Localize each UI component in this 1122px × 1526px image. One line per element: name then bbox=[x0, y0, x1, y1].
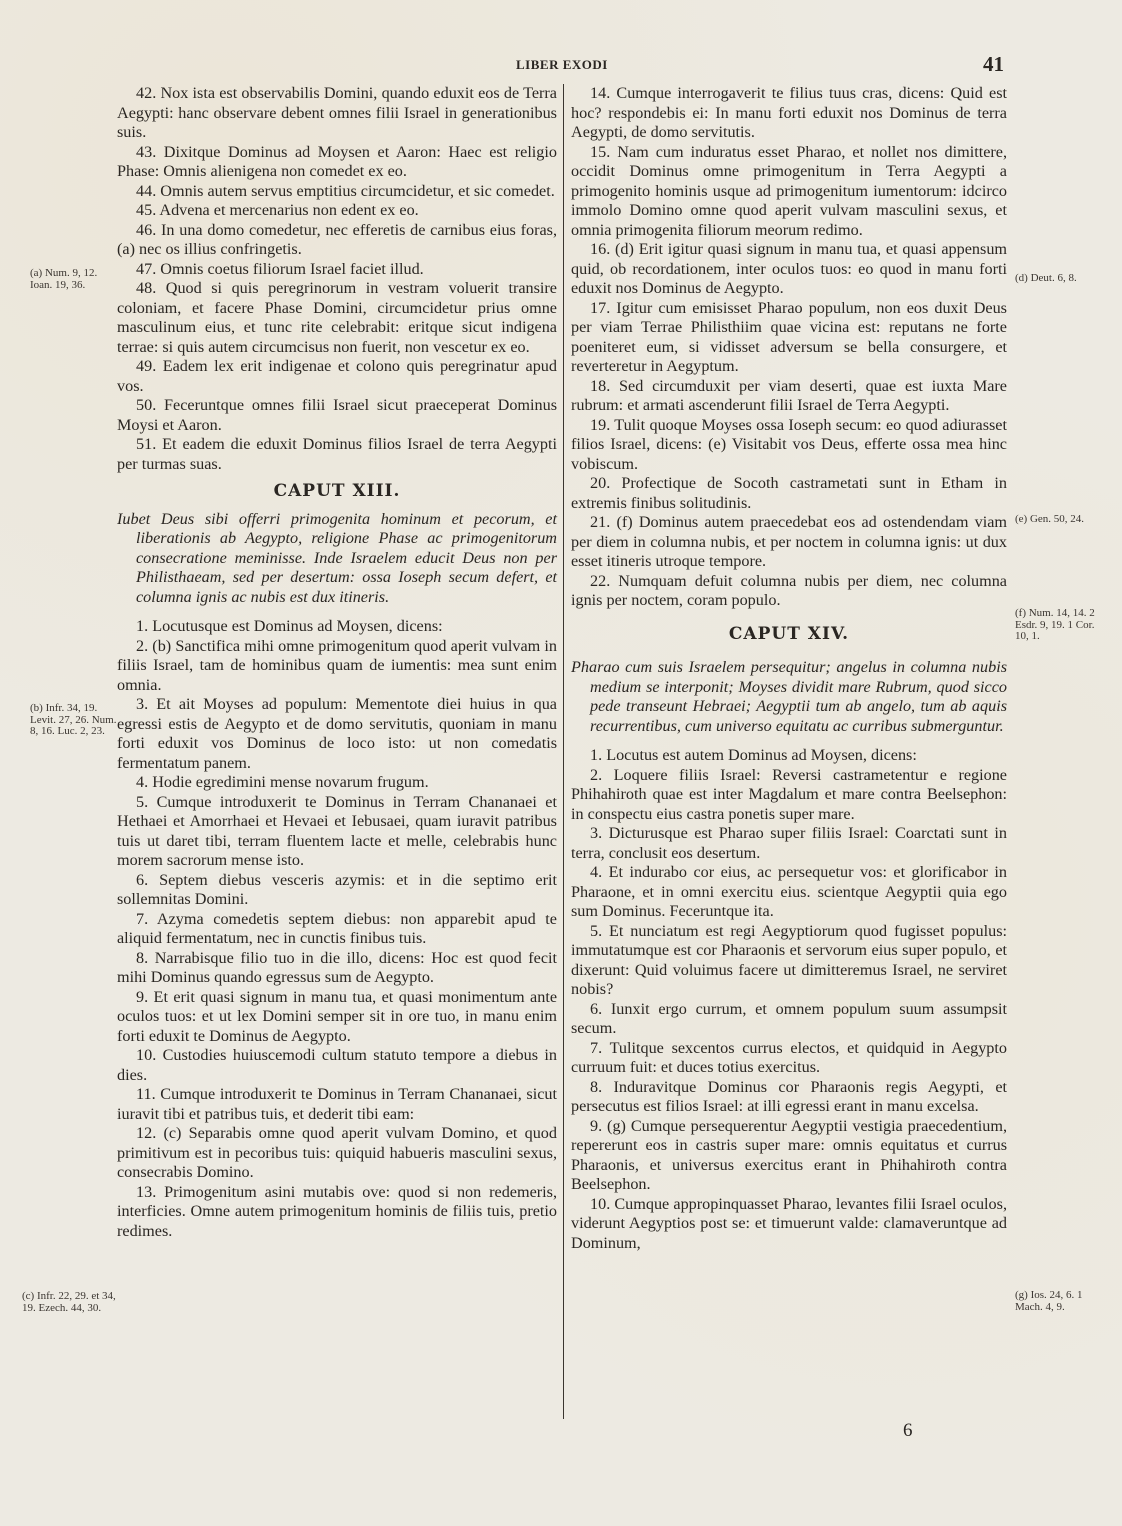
verse: 49. Eadem lex erit indigenae et colono q… bbox=[117, 357, 557, 396]
running-title: LIBER EXODI bbox=[516, 57, 608, 73]
verse: 47. Omnis coetus filiorum Israel faciet … bbox=[117, 260, 557, 280]
right-column: 14. Cumque interrogaverit te filius tuus… bbox=[571, 84, 1007, 1253]
verse: 9. Et erit quasi signum in manu tua, et … bbox=[117, 988, 557, 1047]
page-number: 41 bbox=[983, 52, 1004, 77]
verse: 2. Loquere filiis Israel: Reversi castra… bbox=[571, 766, 1007, 825]
verse: 46. In una domo comedetur, nec efferetis… bbox=[117, 221, 557, 260]
verse: 13. Primogenitum asini mutabis ove: quod… bbox=[117, 1183, 557, 1242]
verse: 4. Et indurabo cor eius, ac persequetur … bbox=[571, 863, 1007, 922]
verse: 43. Dixitque Dominus ad Moysen et Aaron:… bbox=[117, 143, 557, 182]
verse: 1. Locutusque est Dominus ad Moysen, dic… bbox=[117, 617, 557, 637]
verses-ch13-cont: 14. Cumque interrogaverit te filius tuus… bbox=[571, 84, 1007, 611]
verse: 5. Cumque introduxerit te Dominus in Ter… bbox=[117, 793, 557, 871]
verse: 48. Quod si quis peregrinorum in vestram… bbox=[117, 279, 557, 357]
verse: 21. (f) Dominus autem praecedebat eos ad… bbox=[571, 513, 1007, 572]
verse: 18. Sed circumduxit per viam deserti, qu… bbox=[571, 377, 1007, 416]
margin-note-e: (e) Gen. 50, 24. bbox=[1015, 514, 1095, 526]
verse: 3. Et ait Moyses ad populum: Mementote d… bbox=[117, 695, 557, 773]
verse: 16. (d) Erit igitur quasi signum in manu… bbox=[571, 240, 1007, 299]
verse: 10. Custodies huiuscemodi cultum statuto… bbox=[117, 1046, 557, 1085]
verse: 11. Cumque introduxerit te Dominus in Te… bbox=[117, 1085, 557, 1124]
verse: 7. Tulitque sexcentos currus electos, et… bbox=[571, 1039, 1007, 1078]
verse: 12. (c) Separabis omne quod aperit vulva… bbox=[117, 1124, 557, 1183]
verse: 14. Cumque interrogaverit te filius tuus… bbox=[571, 84, 1007, 143]
chapter-summary-13: Iubet Deus sibi offerri primogenita homi… bbox=[117, 510, 557, 608]
verse: 5. Et nunciatum est regi Aegyptiorum quo… bbox=[571, 922, 1007, 1000]
verses-ch13: 1. Locutusque est Dominus ad Moysen, dic… bbox=[117, 617, 557, 1241]
margin-note-g: (g) Ios. 24, 6. 1 Mach. 4, 9. bbox=[1015, 1290, 1110, 1313]
verse: 6. Iunxit ergo currum, et omnem populum … bbox=[571, 1000, 1007, 1039]
verse: 20. Profectique de Socoth castrametati s… bbox=[571, 474, 1007, 513]
verse: 9. (g) Cumque persequerentur Aegyptii ve… bbox=[571, 1117, 1007, 1195]
verse: 8. Narrabisque filio tuo in die illo, di… bbox=[117, 949, 557, 988]
chapter-title-14: CAPUT XIV. bbox=[571, 625, 1007, 645]
verse: 6. Septem diebus vesceris azymis: et in … bbox=[117, 871, 557, 910]
left-column: 42. Nox ista est observabilis Domini, qu… bbox=[117, 84, 557, 1241]
verse: 50. Feceruntque omnes filii Israel sicut… bbox=[117, 396, 557, 435]
verse: 45. Advena et mercenarius non edent ex e… bbox=[117, 201, 557, 221]
verse: 2. (b) Sanctifica mihi omne primogenitum… bbox=[117, 637, 557, 696]
verse: 51. Et eadem die eduxit Dominus filios I… bbox=[117, 435, 557, 474]
margin-note-d: (d) Deut. 6, 8. bbox=[1015, 273, 1095, 285]
page: LIBER EXODI 41 42. Nox ista est observab… bbox=[0, 0, 1122, 1526]
margin-note-a: (a) Num. 9, 12. Ioan. 19, 36. bbox=[30, 268, 118, 291]
verses-ch12-end: 42. Nox ista est observabilis Domini, qu… bbox=[117, 84, 557, 474]
verses-ch14: 1. Locutus est autem Dominus ad Moysen, … bbox=[571, 746, 1007, 1253]
verse: 22. Numquam defuit columna nubis per die… bbox=[571, 572, 1007, 611]
chapter-summary-14: Pharao cum suis Israelem persequitur; an… bbox=[571, 658, 1007, 736]
signature-mark: 6 bbox=[903, 1420, 913, 1442]
verse: 8. Induravitque Dominus cor Pharaonis re… bbox=[571, 1078, 1007, 1117]
chapter-title-13: CAPUT XIII. bbox=[117, 482, 557, 502]
verse: 19. Tulit quoque Moyses ossa Ioseph secu… bbox=[571, 416, 1007, 475]
margin-note-b: (b) Infr. 34, 19. Levit. 27, 26. Num. 8,… bbox=[30, 703, 118, 738]
column-divider bbox=[563, 84, 564, 1419]
verse: 7. Azyma comedetis septem diebus: non ap… bbox=[117, 910, 557, 949]
verse: 15. Nam cum induratus esset Pharao, et n… bbox=[571, 143, 1007, 241]
verse: 42. Nox ista est observabilis Domini, qu… bbox=[117, 84, 557, 143]
verse: 3. Dicturusque est Pharao super filiis I… bbox=[571, 824, 1007, 863]
verse: 1. Locutus est autem Dominus ad Moysen, … bbox=[571, 746, 1007, 766]
margin-note-c: (c) Infr. 22, 29. et 34, 19. Ezech. 44, … bbox=[22, 1291, 120, 1314]
margin-note-f: (f) Num. 14, 14. 2 Esdr. 9, 19. 1 Cor. 1… bbox=[1015, 608, 1110, 643]
verse: 17. Igitur cum emisisset Pharao populum,… bbox=[571, 299, 1007, 377]
verse: 4. Hodie egredimini mense novarum frugum… bbox=[117, 773, 557, 793]
verse: 44. Omnis autem servus emptitius circumc… bbox=[117, 182, 557, 202]
verse: 10. Cumque appropinquasset Pharao, levan… bbox=[571, 1195, 1007, 1254]
